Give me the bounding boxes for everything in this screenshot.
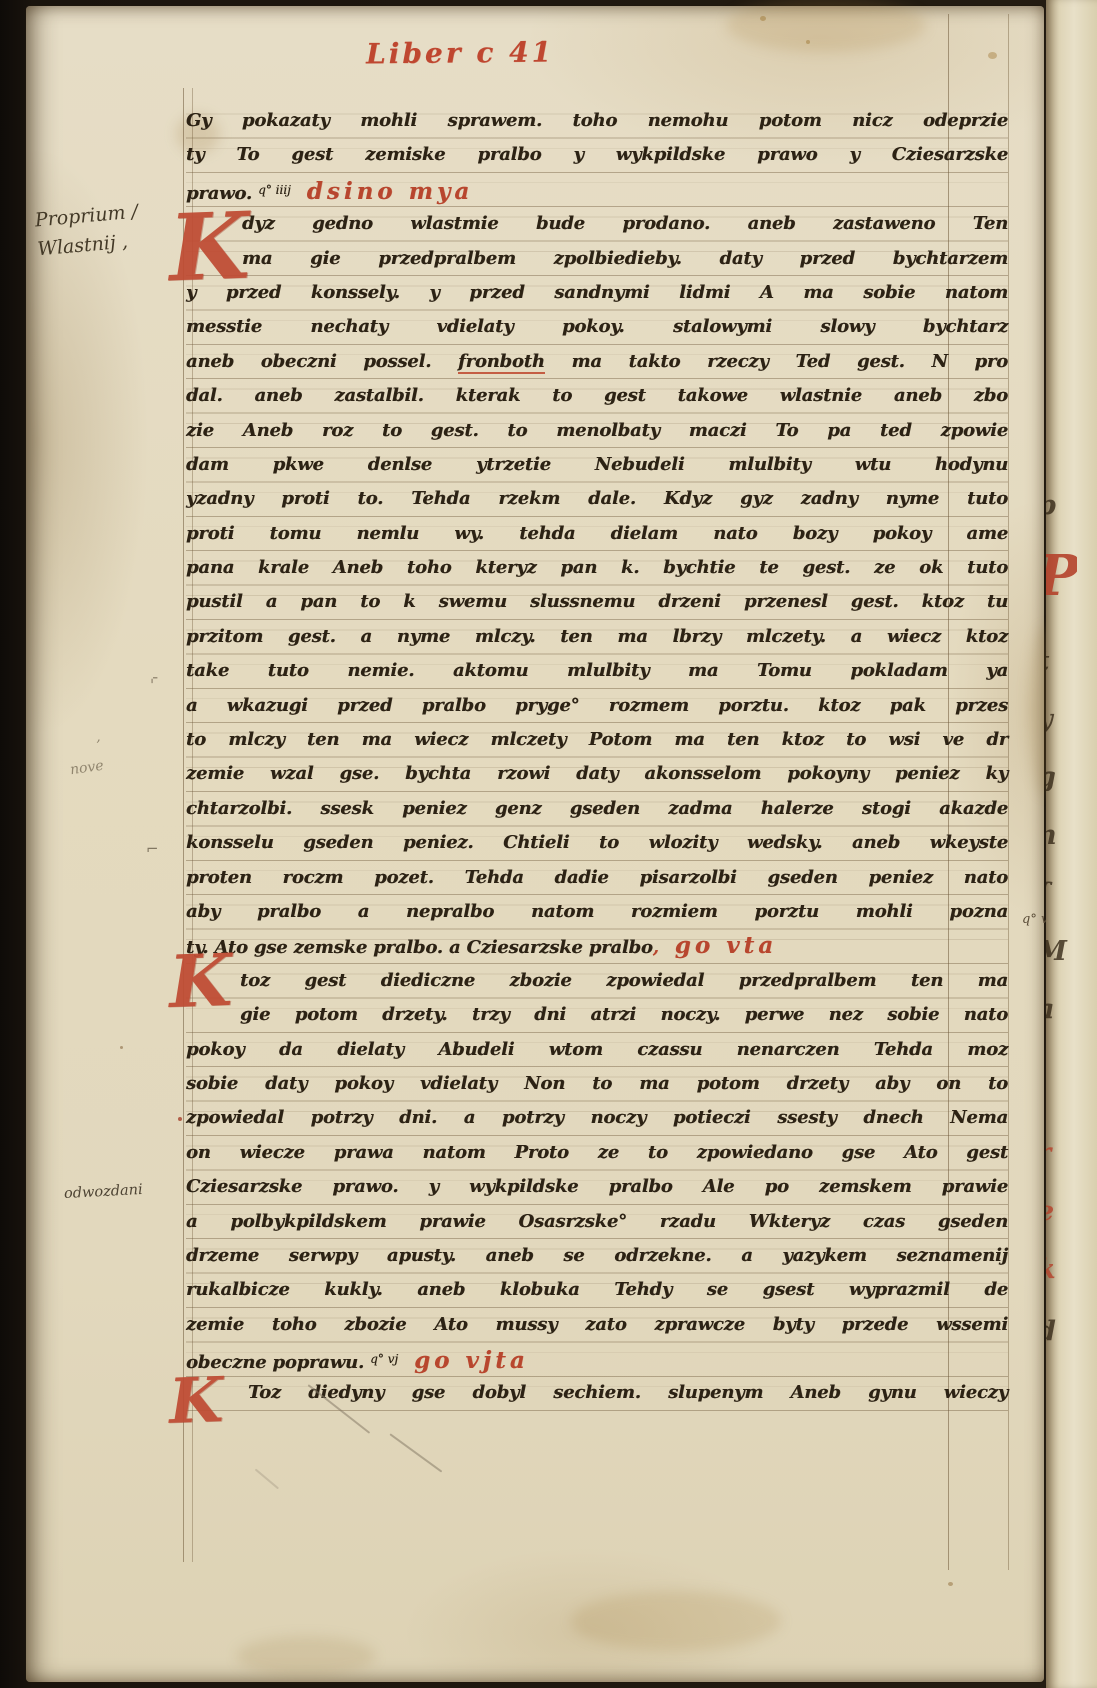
margin-note-proprium: Proprium / Wlastnij , — [34, 198, 142, 264]
ruling-right-outer — [1008, 14, 1009, 1570]
text-line: proten roczm pozet. Tehda dadie pisarzol… — [186, 861, 1008, 895]
pen-tick-mark: ’ — [96, 738, 100, 754]
line-text: a polbykpildskem prawie Osasrzske° rzadu… — [186, 1211, 1008, 1232]
text-line: pokoy da dielaty Abudeli wtom czassu nen… — [186, 1033, 1008, 1067]
running-title: Liber c 41 — [366, 35, 626, 71]
text-line: zemie toho zbozie Ato mussy zato zprawcz… — [186, 1308, 1008, 1342]
line-text: take tuto nemie. aktomu mlulbity ma Tomu… — [186, 660, 1008, 681]
text-line: ty To gest zemiske pralbo y wykpildske p… — [186, 138, 1008, 172]
rubric-text: q° vj — [370, 1352, 398, 1366]
line-text: drzeme serwpy apusty. aneb se odrzekne. … — [186, 1245, 1008, 1266]
text-line: toz gest diediczne zbozie zpowiedal prze… — [186, 964, 1008, 998]
line-text: chtarzolbi. ssesk peniez genz gseden zad… — [186, 798, 1008, 819]
line-text: yzadny proti to. Tehda rzekm dale. Kdyz … — [186, 488, 1008, 509]
line-text: proten roczm pozet. Tehda dadie pisarzol… — [186, 867, 1008, 888]
text-line: proti tomu nemlu wy. tehda dielam nato b… — [186, 517, 1008, 551]
line-text: ty To gest zemiske pralbo y wykpildske p… — [186, 144, 1008, 165]
line-text: aby pralbo a nepralbo natom rozmiem porz… — [186, 901, 1008, 922]
line-text: zpowiedal potrzy dni. a potrzy noczy pot… — [186, 1107, 1008, 1128]
line-text: ma gie przedpralbem zpolbiedieby. daty p… — [242, 248, 1008, 269]
rubric-text: go vjta — [398, 1347, 529, 1374]
line-text: sobie daty pokoy vdielaty Non to ma poto… — [186, 1073, 1008, 1094]
text-line: aby pralbo a nepralbo natom rozmiem porz… — [186, 895, 1008, 929]
edge-letter-fragment: M — [1046, 938, 1077, 965]
edge-letter-fragment: d — [1046, 1318, 1077, 1345]
text-line: przitom gest. a nyme mlczy. ten ma lbrzy… — [186, 620, 1008, 654]
text-line: prawo. q° iiijdsino mya — [186, 173, 1008, 207]
line-text: zie Aneb roz to gest. to menolbaty maczi… — [186, 420, 1008, 441]
edge-letter-fragment: g — [1046, 764, 1077, 791]
text-line: drzeme serwpy apusty. aneb se odrzekne. … — [186, 1239, 1008, 1273]
edge-letter-fragment: r — [1046, 1140, 1077, 1167]
text-line: Cziesarzske prawo. y wykpildske pralbo A… — [186, 1170, 1008, 1204]
text-line: zpowiedal potrzy dni. a potrzy noczy pot… — [186, 1101, 1008, 1135]
text-line: ty. Ato gse zemske pralbo. a Cziesarzske… — [186, 929, 1008, 963]
text-line: pana krale Aneb toho kteryz pan k. bycht… — [186, 551, 1008, 585]
rubric-text: q° iiij — [258, 183, 291, 197]
text-line: a wkazugi przed pralbo pryge° rozmem por… — [186, 689, 1008, 723]
text-line: ma gie przedpralbem zpolbiedieby. daty p… — [186, 242, 1008, 276]
edge-letter-fragment: P — [1046, 548, 1077, 604]
text-line: a polbykpildskem prawie Osasrzske° rzadu… — [186, 1205, 1008, 1239]
edge-letter-fragment: e — [1046, 1198, 1077, 1225]
line-text: pokoy da dielaty Abudeli wtom czassu nen… — [186, 1039, 1008, 1060]
initial-cap-k1: K — [168, 206, 251, 290]
initial-cap-k3: K — [168, 1373, 224, 1429]
line-text: a wkazugi przed pralbo pryge° rozmem por… — [186, 695, 1008, 716]
ink-speck — [760, 16, 766, 21]
text-line: dyz gedno wlastmie bude prodano. aneb za… — [186, 207, 1008, 241]
text-line: zemie wzal gse. bychta rzowi daty akonss… — [186, 757, 1008, 791]
text-line: messtie nechaty vdielaty pokoy. stalowym… — [186, 310, 1008, 344]
line-text: aneb obeczni possel. — [186, 351, 458, 372]
text-block: K K K Gy pokazaty mohli sprawem. toho ne… — [186, 104, 1008, 1412]
text-line: rukalbicze kukly. aneb klobuka Tehdy se … — [186, 1273, 1008, 1307]
ink-speck — [988, 52, 997, 59]
line-text: Toz diedyny gse dobyl sechiem. slupenym … — [248, 1382, 1008, 1403]
text-line: Toz diedyny gse dobyl sechiem. slupenym … — [186, 1376, 1008, 1410]
edge-letter-fragment: p — [1046, 492, 1077, 519]
text-line: take tuto nemie. aktomu mlulbity ma Tomu… — [186, 654, 1008, 688]
rubric-text: go vta — [659, 932, 777, 959]
line-text: y przed konssely. y przed sandnymi lidmi… — [186, 282, 1008, 303]
text-line: yzadny proti to. Tehda rzekm dale. Kdyz … — [186, 482, 1008, 516]
text-line: y przed konssely. y przed sandnymi lidmi… — [186, 276, 1008, 310]
text-line: dam pkwe denlse ytrzetie Nebudeli mlulbi… — [186, 448, 1008, 482]
ink-speck — [806, 40, 810, 44]
ink-speck — [120, 1046, 123, 1049]
edge-letter-fragment: t — [1046, 648, 1077, 675]
line-text: dam pkwe denlse ytrzetie Nebudeli mlulbi… — [186, 454, 1008, 475]
next-leaf-edge: pPtygnſMarekd — [1046, 0, 1097, 1688]
line-text: konsselu gseden peniez. Chtieli to wlozi… — [186, 832, 1008, 853]
line-text: ty. Ato gse zemske pralbo. a Cziesarzske… — [186, 937, 653, 958]
text-line: zie Aneb roz to gest. to menolbaty maczi… — [186, 414, 1008, 448]
line-text: to mlczy ten ma wiecz mlczety Potom ma t… — [186, 729, 1008, 750]
text-line: sobie daty pokoy vdielaty Non to ma poto… — [186, 1067, 1008, 1101]
text-line: dal. aneb zastalbil. kterak to gest tako… — [186, 379, 1008, 413]
stain — [236, 1636, 376, 1676]
margin-note-folio-ref: q° v — [1022, 912, 1048, 927]
text-line: to mlczy ten ma wiecz mlczety Potom ma t… — [186, 723, 1008, 757]
line-text: proti tomu nemlu wy. tehda dielam nato b… — [186, 523, 1008, 544]
rubric-text: dsino mya — [291, 178, 473, 205]
line-text: dal. aneb zastalbil. kterak to gest tako… — [186, 385, 1008, 406]
text-line: gie potom drzety. trzy dni atrzi noczy. … — [186, 998, 1008, 1032]
rubric-text: fronboth — [458, 351, 545, 374]
line-text: zemie wzal gse. bychta rzowi daty akonss… — [186, 763, 1008, 784]
line-text: messtie nechaty vdielaty pokoy. stalowym… — [186, 316, 1008, 337]
pen-trial-mark: ⌐ — [146, 840, 159, 858]
pen-trial-mark: ⌌ — [146, 668, 158, 686]
initial-cap-k2: K — [168, 948, 233, 1014]
ruling-left-outer — [183, 88, 184, 1562]
line-text: toz gest diediczne zbozie zpowiedal prze… — [240, 970, 1008, 991]
edge-letter-fragment: y — [1046, 706, 1077, 733]
text-line: aneb obeczni possel. fronboth ma takto r… — [186, 345, 1008, 379]
text-line: pustil a pan to k swemu slussnemu drzeni… — [186, 585, 1008, 619]
line-text: zemie toho zbozie Ato mussy zato zprawcz… — [186, 1314, 1008, 1335]
line-text: przitom gest. a nyme mlczy. ten ma lbrzy… — [186, 626, 1008, 647]
rubric-text: , — [653, 937, 659, 958]
line-text: gie potom drzety. trzy dni atrzi noczy. … — [240, 1004, 1008, 1025]
edge-letter-fragment: n — [1046, 822, 1077, 849]
ink-speck — [948, 1582, 953, 1586]
stain — [571, 1591, 781, 1651]
line-text: pana krale Aneb toho kteryz pan k. bycht… — [186, 557, 1008, 578]
line-text: Gy pokazaty mohli sprawem. toho nemohu p… — [186, 110, 1008, 131]
manuscript-photo: { "running_title": "Liber c 41", "colors… — [0, 0, 1097, 1688]
stain — [726, 0, 926, 52]
text-line: Gy pokazaty mohli sprawem. toho nemohu p… — [186, 104, 1008, 138]
text-line: konsselu gseden peniez. Chtieli to wlozi… — [186, 826, 1008, 860]
line-text: rukalbicze kukly. aneb klobuka Tehdy se … — [186, 1279, 1008, 1300]
text-line: chtarzolbi. ssesk peniez genz gseden zad… — [186, 792, 1008, 826]
line-text: pustil a pan to k swemu slussnemu drzeni… — [186, 591, 1008, 612]
line-text: Cziesarzske prawo. y wykpildske pralbo A… — [186, 1176, 1008, 1197]
text-line: on wiecze prawa natom Proto ze to zpowie… — [186, 1136, 1008, 1170]
ink-speck — [178, 1117, 182, 1121]
edge-letter-fragment: k — [1046, 1256, 1077, 1283]
edge-letter-fragment: a — [1046, 996, 1077, 1023]
edge-letter-fragment: ſ — [1046, 880, 1077, 907]
text-line: obeczne poprawu. q° vjgo vjta — [186, 1342, 1008, 1376]
line-text: on wiecze prawa natom Proto ze to zpowie… — [186, 1142, 1008, 1163]
line-text: dyz gedno wlastmie bude prodano. aneb za… — [242, 213, 1008, 234]
line-text: ma takto rzeczy Ted gest. N pro — [545, 351, 1008, 372]
